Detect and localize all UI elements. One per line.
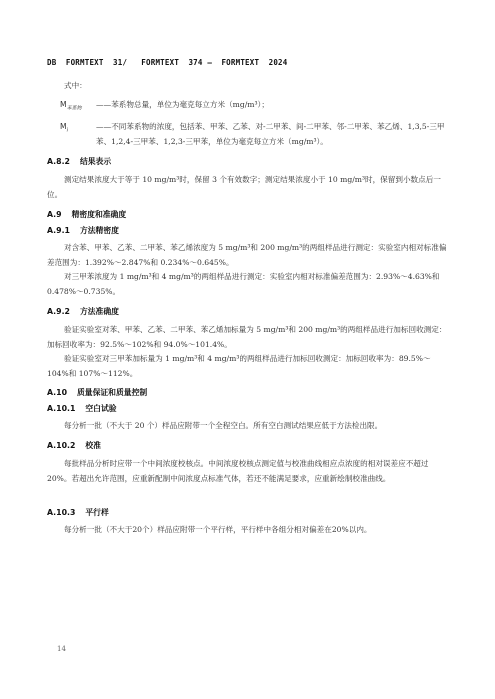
section-heading-a-10-1: A.10.1空白试验 — [47, 403, 117, 414]
symbol-m-i: Mi — [60, 122, 68, 134]
section-title: 平行样 — [85, 508, 108, 517]
section-number: A.10.1 — [47, 404, 75, 413]
section-number: A.9 — [47, 210, 62, 219]
section-title: 方法准确度 — [80, 307, 119, 316]
section-title: 结果表示 — [80, 157, 111, 166]
section-heading-a-9-2: A.9.2方法准确度 — [47, 306, 119, 317]
paragraph-a-9-2-2: 验证实验室对三甲苯加标量为 1 mg/m³和 4 mg/m³的两组样品进行加标回… — [47, 351, 447, 381]
section-title: 精密度和准确度 — [72, 210, 127, 219]
section-number: A.9.2 — [47, 307, 70, 316]
paragraph-a-8-2: 测定结果浓度大于等于 10 mg/m³时，保留 3 个有效数字；测定结果浓度小于… — [47, 172, 447, 202]
section-number: A.9.1 — [47, 226, 70, 235]
section-title: 质量保证和质量控制 — [77, 388, 147, 397]
definition-m-total: ——苯系物总量，单位为毫克每立方米（mg/m³）； — [96, 97, 446, 112]
document-page: DB FORMTEXT 31/ FORMTEXT 374 — FORMTEXT … — [0, 0, 495, 699]
section-title: 空白试验 — [85, 404, 116, 413]
symbol-subscript: i — [67, 128, 68, 134]
document-header: DB FORMTEXT 31/ FORMTEXT 374 — FORMTEXT … — [47, 58, 287, 67]
paragraph-a-9-1-2: 对三甲苯浓度为 1 mg/m³和 4 mg/m³的两组样品进行测定：实验室内相对… — [47, 269, 447, 299]
section-number: A.8.2 — [47, 157, 70, 166]
section-heading-a-9: A.9精密度和准确度 — [47, 209, 126, 220]
symbol-m-total: M苯系物 — [60, 100, 82, 112]
formula-where-label: 式中： — [64, 78, 87, 93]
paragraph-a-10-3: 每分析一批（不大于20个）样品应附带一个平行样，平行样中各组分相对偏差在20%以… — [47, 522, 447, 537]
paragraph-a-10-2: 每批样品分析时应带一个中间浓度校核点。中间浓度校核点测定值与校准曲线相应点浓度的… — [47, 456, 447, 486]
section-title: 方法精密度 — [80, 226, 119, 235]
paragraph-a-10-1: 每分析一批（不大于 20 个）样品应附带一个全程空白。所有空白测试结果应低于方法… — [47, 418, 447, 433]
section-heading-a-10-3: A.10.3平行样 — [47, 507, 109, 518]
symbol-subscript: 苯系物 — [67, 106, 82, 112]
section-heading-a-10: A.10质量保证和质量控制 — [47, 387, 147, 398]
section-title: 校准 — [85, 441, 101, 450]
paragraph-a-9-1-1: 对含苯、甲苯、乙苯、二甲苯、苯乙烯浓度为 5 mg/m³和 200 mg/m³的… — [47, 240, 447, 270]
paragraph-a-9-2-1: 验证实验室对苯、甲苯、乙苯、二甲苯、苯乙烯加标量为 5 mg/m³和 200 m… — [47, 322, 447, 352]
section-heading-a-10-2: A.10.2校准 — [47, 440, 101, 451]
section-number: A.10 — [47, 388, 67, 397]
page-number: 14 — [57, 645, 66, 653]
section-heading-a-8-2: A.8.2结果表示 — [47, 156, 111, 167]
definition-m-i: ——不同苯系物的浓度，包括苯、甲苯、乙苯、对-二甲苯、间-二甲苯、邻-二甲苯、苯… — [96, 119, 446, 149]
section-number: A.10.3 — [47, 508, 75, 517]
section-number: A.10.2 — [47, 441, 75, 450]
section-heading-a-9-1: A.9.1方法精密度 — [47, 225, 119, 236]
